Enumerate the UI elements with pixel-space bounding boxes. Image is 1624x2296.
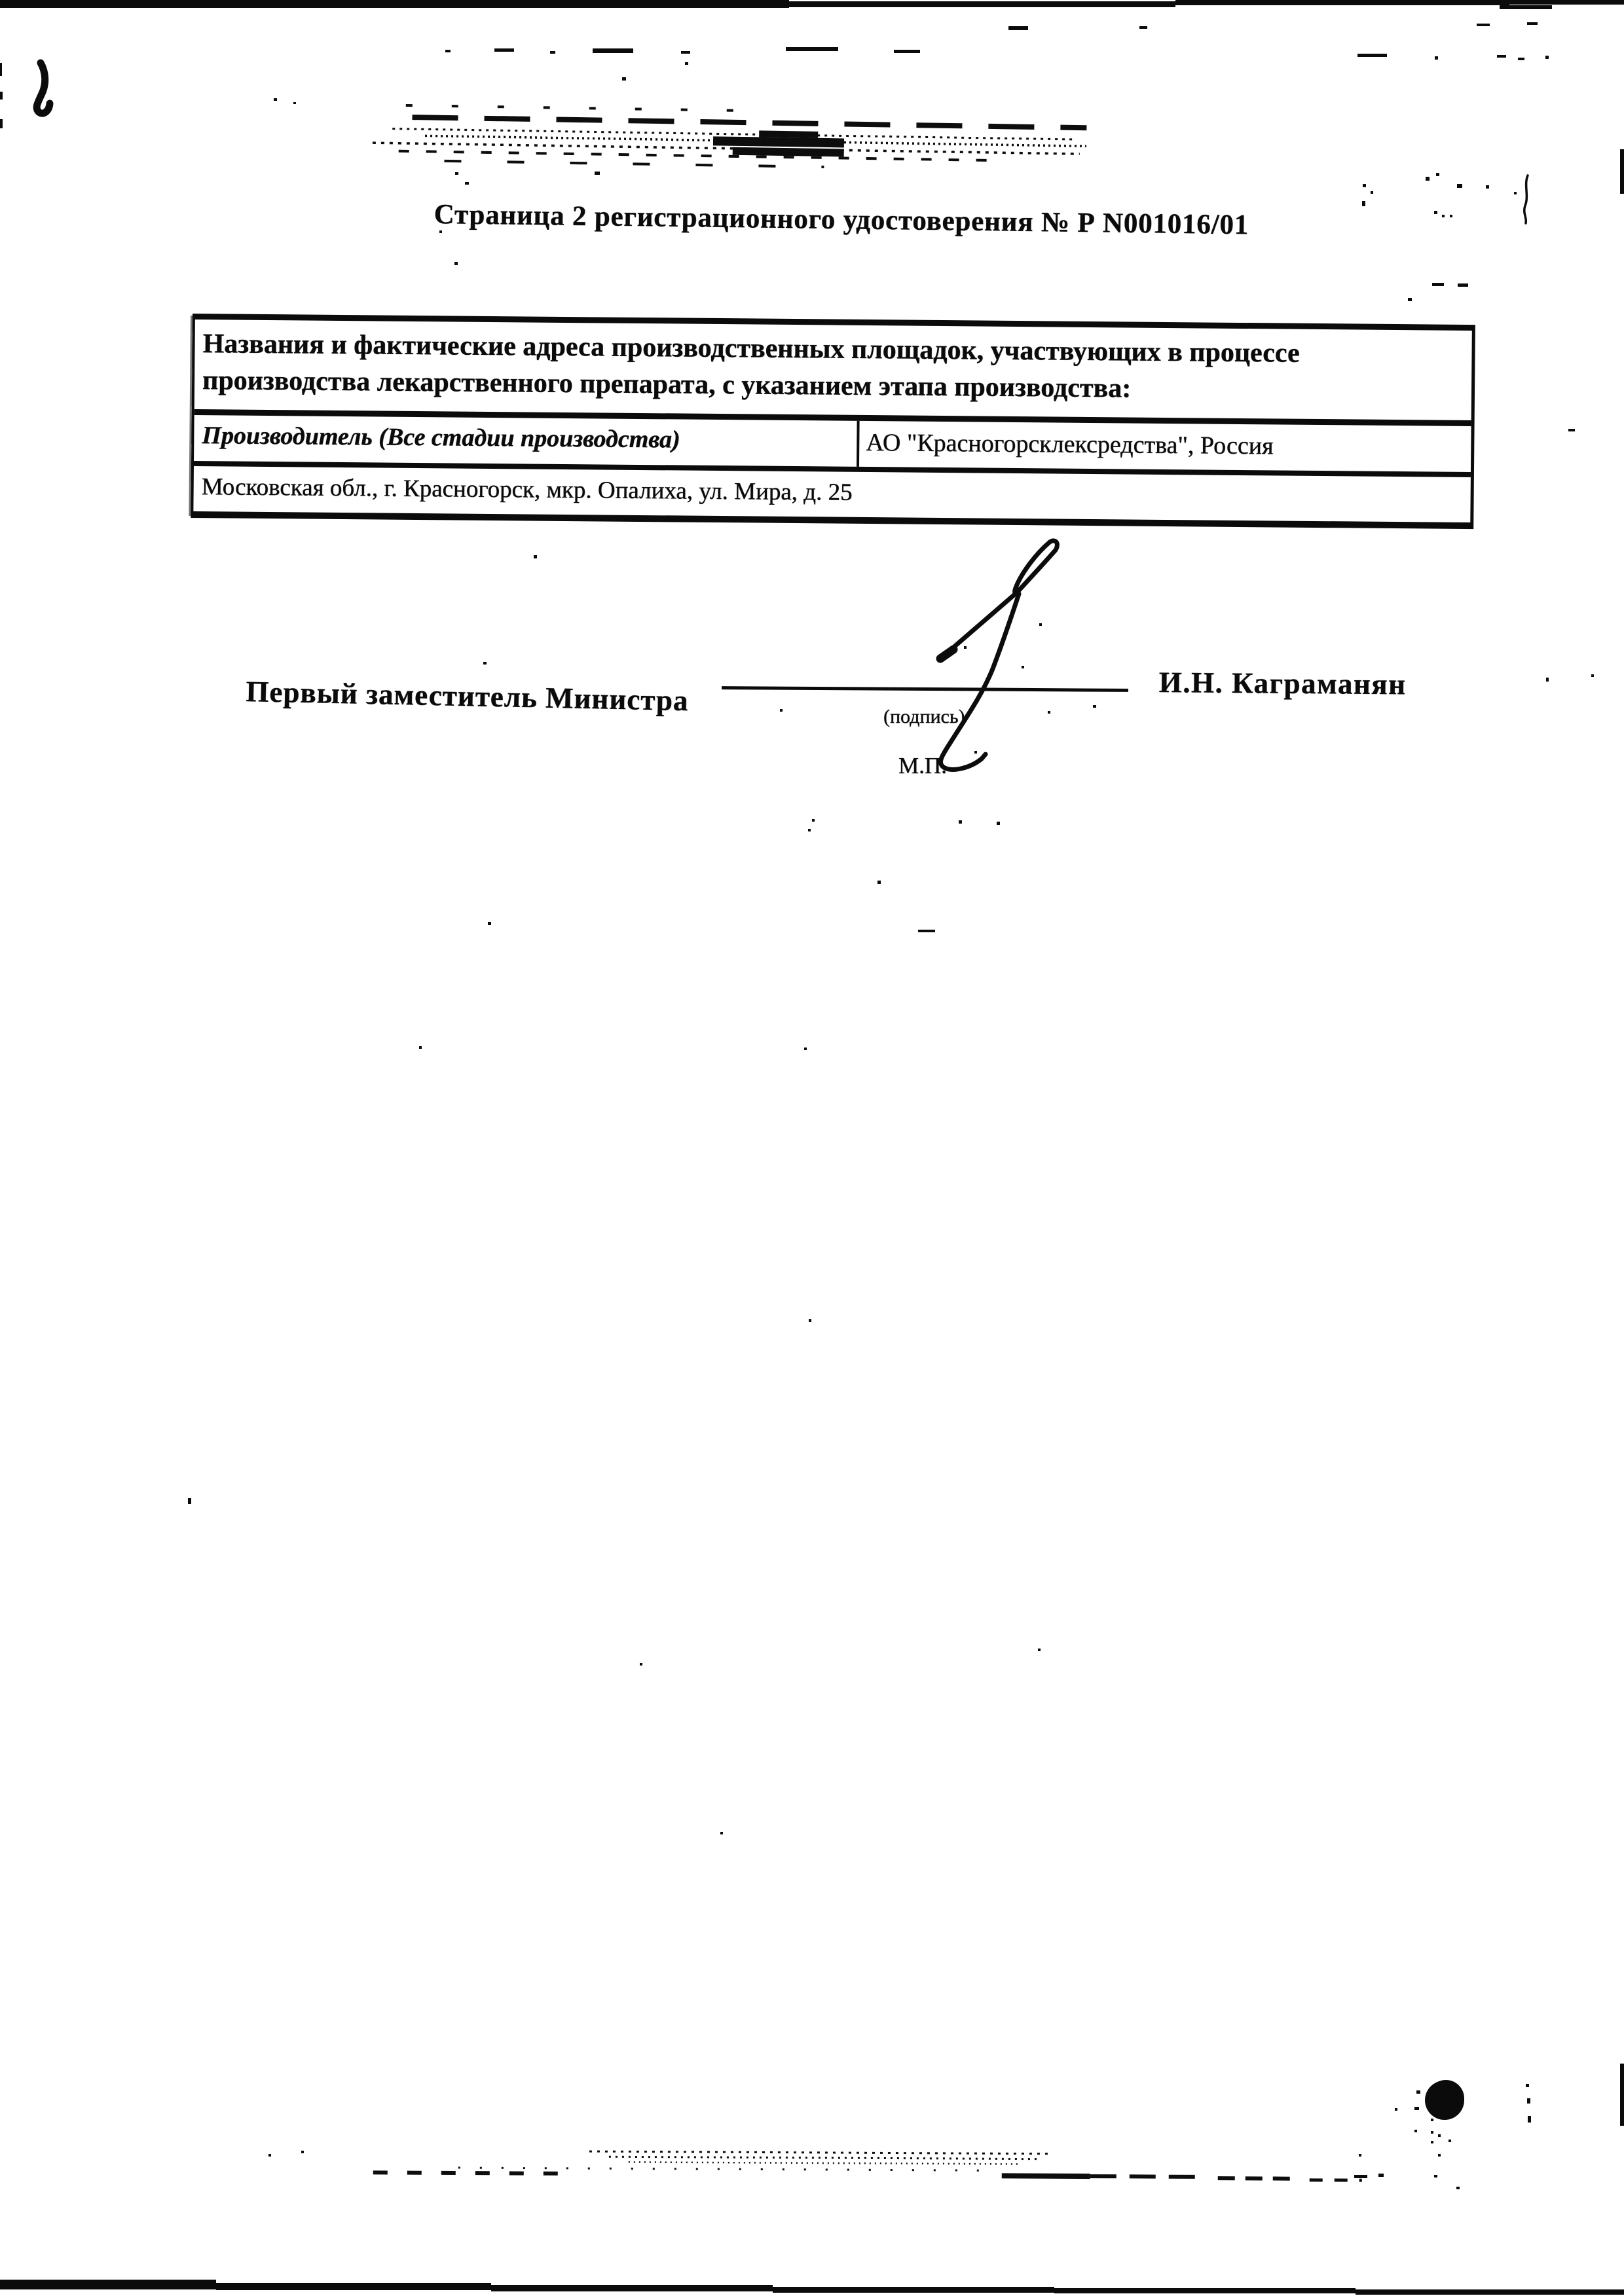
- scan-speck: [534, 555, 537, 558]
- scan-speck: [439, 230, 442, 233]
- scan-speck: [1434, 211, 1437, 214]
- scan-speck: [550, 51, 555, 54]
- scan-squiggle-icon: [1522, 174, 1532, 225]
- page-edge-toner-bar: [1506, 0, 1624, 5]
- scan-speck: [293, 102, 296, 104]
- scan-speck: [786, 47, 838, 51]
- scan-speck: [1008, 26, 1028, 30]
- scan-speck: [1039, 623, 1042, 626]
- scan-speck: [1514, 192, 1517, 194]
- scan-speck: [1527, 22, 1538, 25]
- scan-speck: [1545, 56, 1549, 59]
- scanned-document-page: { "doc": { "page_header": "Страница 2 ре…: [0, 0, 1624, 2296]
- scan-speck: [1450, 215, 1452, 217]
- scan-speck: [997, 822, 1000, 825]
- scan-noise-band: [365, 97, 1192, 182]
- scan-speck: [1518, 58, 1524, 60]
- scan-speck: [1432, 283, 1444, 286]
- pen-mark-icon: [31, 58, 60, 122]
- producer-value-cell: АО "Красногорсклексредства", Россия: [859, 421, 1471, 472]
- page-edge-toner-bar: [0, 119, 3, 128]
- scan-speck: [268, 2154, 271, 2157]
- scan-speck: [804, 1048, 807, 1050]
- scan-speck: [808, 829, 811, 831]
- page-edge-toner-bar: [0, 92, 3, 100]
- scan-speck: [419, 1046, 422, 1049]
- scan-speck: [301, 2151, 304, 2153]
- scan-speck: [812, 819, 815, 822]
- scan-speck: [720, 1832, 723, 1834]
- scan-speck: [1449, 2140, 1451, 2142]
- scan-speck: [455, 172, 458, 175]
- scan-speck: [780, 709, 783, 712]
- page-edge-toner-bar: [491, 2285, 773, 2291]
- scan-speck: [974, 751, 977, 754]
- scan-speck: [1362, 201, 1365, 206]
- scan-speck: [1048, 711, 1050, 714]
- scan-speck: [1438, 2134, 1441, 2137]
- scan-speck: [1497, 55, 1506, 58]
- scan-speck: [1527, 2098, 1530, 2104]
- scan-speck: [593, 48, 633, 53]
- scan-speck: [1371, 191, 1373, 194]
- scan-speck: [1431, 2141, 1433, 2143]
- scan-speck: [1022, 666, 1024, 668]
- scan-speck: [1431, 2119, 1433, 2121]
- scan-speck: [1486, 185, 1489, 189]
- scan-speck: [1038, 1649, 1041, 1651]
- scan-speck: [1438, 2154, 1441, 2157]
- scan-speck: [1526, 2084, 1529, 2087]
- page-edge-toner-bar: [1175, 0, 1509, 5]
- scan-speck: [488, 922, 491, 925]
- scan-speck: [1568, 429, 1575, 431]
- production-sites-table: Названия и фактические адреса производст…: [191, 314, 1475, 529]
- scan-speck: [622, 77, 626, 81]
- page-edge-toner-bar: [0, 0, 789, 8]
- scan-speck: [445, 50, 451, 52]
- scan-speck: [1434, 2175, 1437, 2178]
- scan-speck: [959, 820, 962, 824]
- scan-speck: [1416, 2090, 1420, 2094]
- ink-blot: [1426, 2081, 1464, 2119]
- scan-speck: [640, 1663, 642, 1666]
- page-title: Страница 2 регистрационного удостоверени…: [434, 198, 1249, 241]
- scan-speck: [1357, 54, 1387, 57]
- scan-speck: [681, 51, 690, 54]
- scan-speck: [1139, 26, 1147, 29]
- scan-speck: [1546, 678, 1549, 682]
- scan-speck: [595, 172, 600, 175]
- scan-speck: [1436, 173, 1439, 176]
- scan-speck: [1457, 184, 1462, 188]
- page-edge-toner-bar: [1500, 5, 1552, 9]
- scan-speck: [964, 646, 967, 649]
- scan-speck: [894, 50, 920, 53]
- scan-speck: [1354, 2175, 1367, 2178]
- page-edge-toner-bar: [1054, 2288, 1356, 2293]
- scan-speck: [1378, 2174, 1384, 2177]
- scan-speck: [1408, 298, 1412, 301]
- page-edge-toner-bar: [0, 63, 2, 76]
- scan-speck: [465, 182, 469, 185]
- scan-speck: [454, 262, 458, 265]
- page-edge-toner-bar: [1620, 149, 1624, 194]
- scan-speck: [1435, 56, 1438, 60]
- scan-speck: [1591, 674, 1594, 677]
- handwritten-signature-icon: [904, 524, 1166, 805]
- page-edge-toner-bar: [216, 2283, 491, 2290]
- scan-speck: [1426, 177, 1430, 181]
- scan-speck: [1363, 184, 1366, 187]
- scan-speck: [1458, 283, 1468, 287]
- scan-speck: [1093, 705, 1096, 708]
- scan-speck: [274, 98, 277, 101]
- scan-speck: [1414, 2130, 1417, 2132]
- scan-speck: [918, 930, 935, 932]
- scan-speck: [1431, 2131, 1433, 2134]
- scan-speck: [1359, 2154, 1361, 2157]
- page-edge-toner-bar: [1356, 2289, 1624, 2295]
- scan-noise-band-bottom: [327, 2145, 1375, 2187]
- scan-speck: [483, 662, 487, 665]
- scan-speck: [877, 881, 881, 884]
- scan-speck: [1442, 215, 1445, 217]
- page-edge-toner-bar: [1620, 2064, 1624, 2126]
- page-edge-toner-bar: [773, 2287, 1054, 2293]
- page-edge-toner-bar: [789, 1, 1175, 7]
- scan-speck: [188, 1498, 191, 1504]
- scan-speck: [1414, 2107, 1419, 2110]
- scan-speck: [809, 1319, 811, 1322]
- page-edge-toner-bar: [0, 2280, 216, 2289]
- signatory-position-label: Первый заместитель Министра: [246, 674, 689, 718]
- scan-speck: [1456, 2187, 1460, 2189]
- scan-speck: [494, 48, 514, 52]
- table-header-cell: Названия и фактические адреса производст…: [194, 319, 1472, 426]
- producer-label-cell: Производитель (Все стадии производства): [194, 415, 860, 467]
- signatory-name: И.Н. Каграманян: [1159, 665, 1407, 701]
- scan-speck: [1528, 2116, 1531, 2123]
- scan-speck: [1477, 24, 1490, 26]
- scan-speck: [1395, 2108, 1397, 2111]
- scan-speck: [685, 62, 688, 65]
